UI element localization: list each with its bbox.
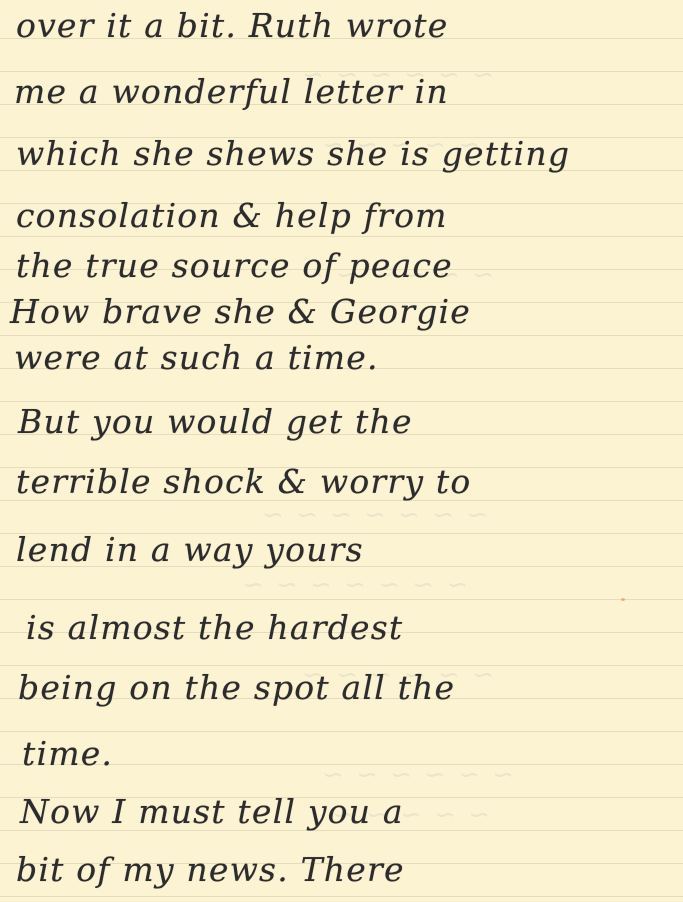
handwriting-line: Now I must tell you a: [20, 792, 404, 832]
handwriting-line: How brave she & Georgie: [10, 292, 471, 332]
handwriting-line: lend in a way yours: [16, 530, 364, 570]
handwriting-line: over it a bit. Ruth wrote: [16, 6, 448, 46]
handwriting-line: being on the spot all the: [18, 668, 455, 708]
handwritten-letter-body: over it a bit. Ruth wrote me a wonderful…: [0, 0, 683, 902]
handwriting-line: which she shews she is getting: [16, 134, 570, 174]
handwriting-line: consolation & help from: [16, 196, 448, 236]
handwriting-line: bit of my news. There: [16, 850, 405, 890]
letter-paper: ~ ~ ~ ~ ~ ~ ~ ~ ~ ~ ~ ~ ~ ~ ~ ~ ~ ~ ~ ~ …: [0, 0, 683, 902]
handwriting-line: terrible shock & worry to: [16, 462, 471, 502]
handwriting-line: the true source of peace: [16, 246, 453, 286]
handwriting-line: But you would get the: [18, 402, 413, 442]
handwriting-line: time.: [22, 734, 113, 774]
handwriting-line: me a wonderful letter in: [14, 72, 449, 112]
handwriting-line: were at such a time.: [14, 338, 379, 378]
handwriting-line: is almost the hardest: [26, 608, 403, 648]
